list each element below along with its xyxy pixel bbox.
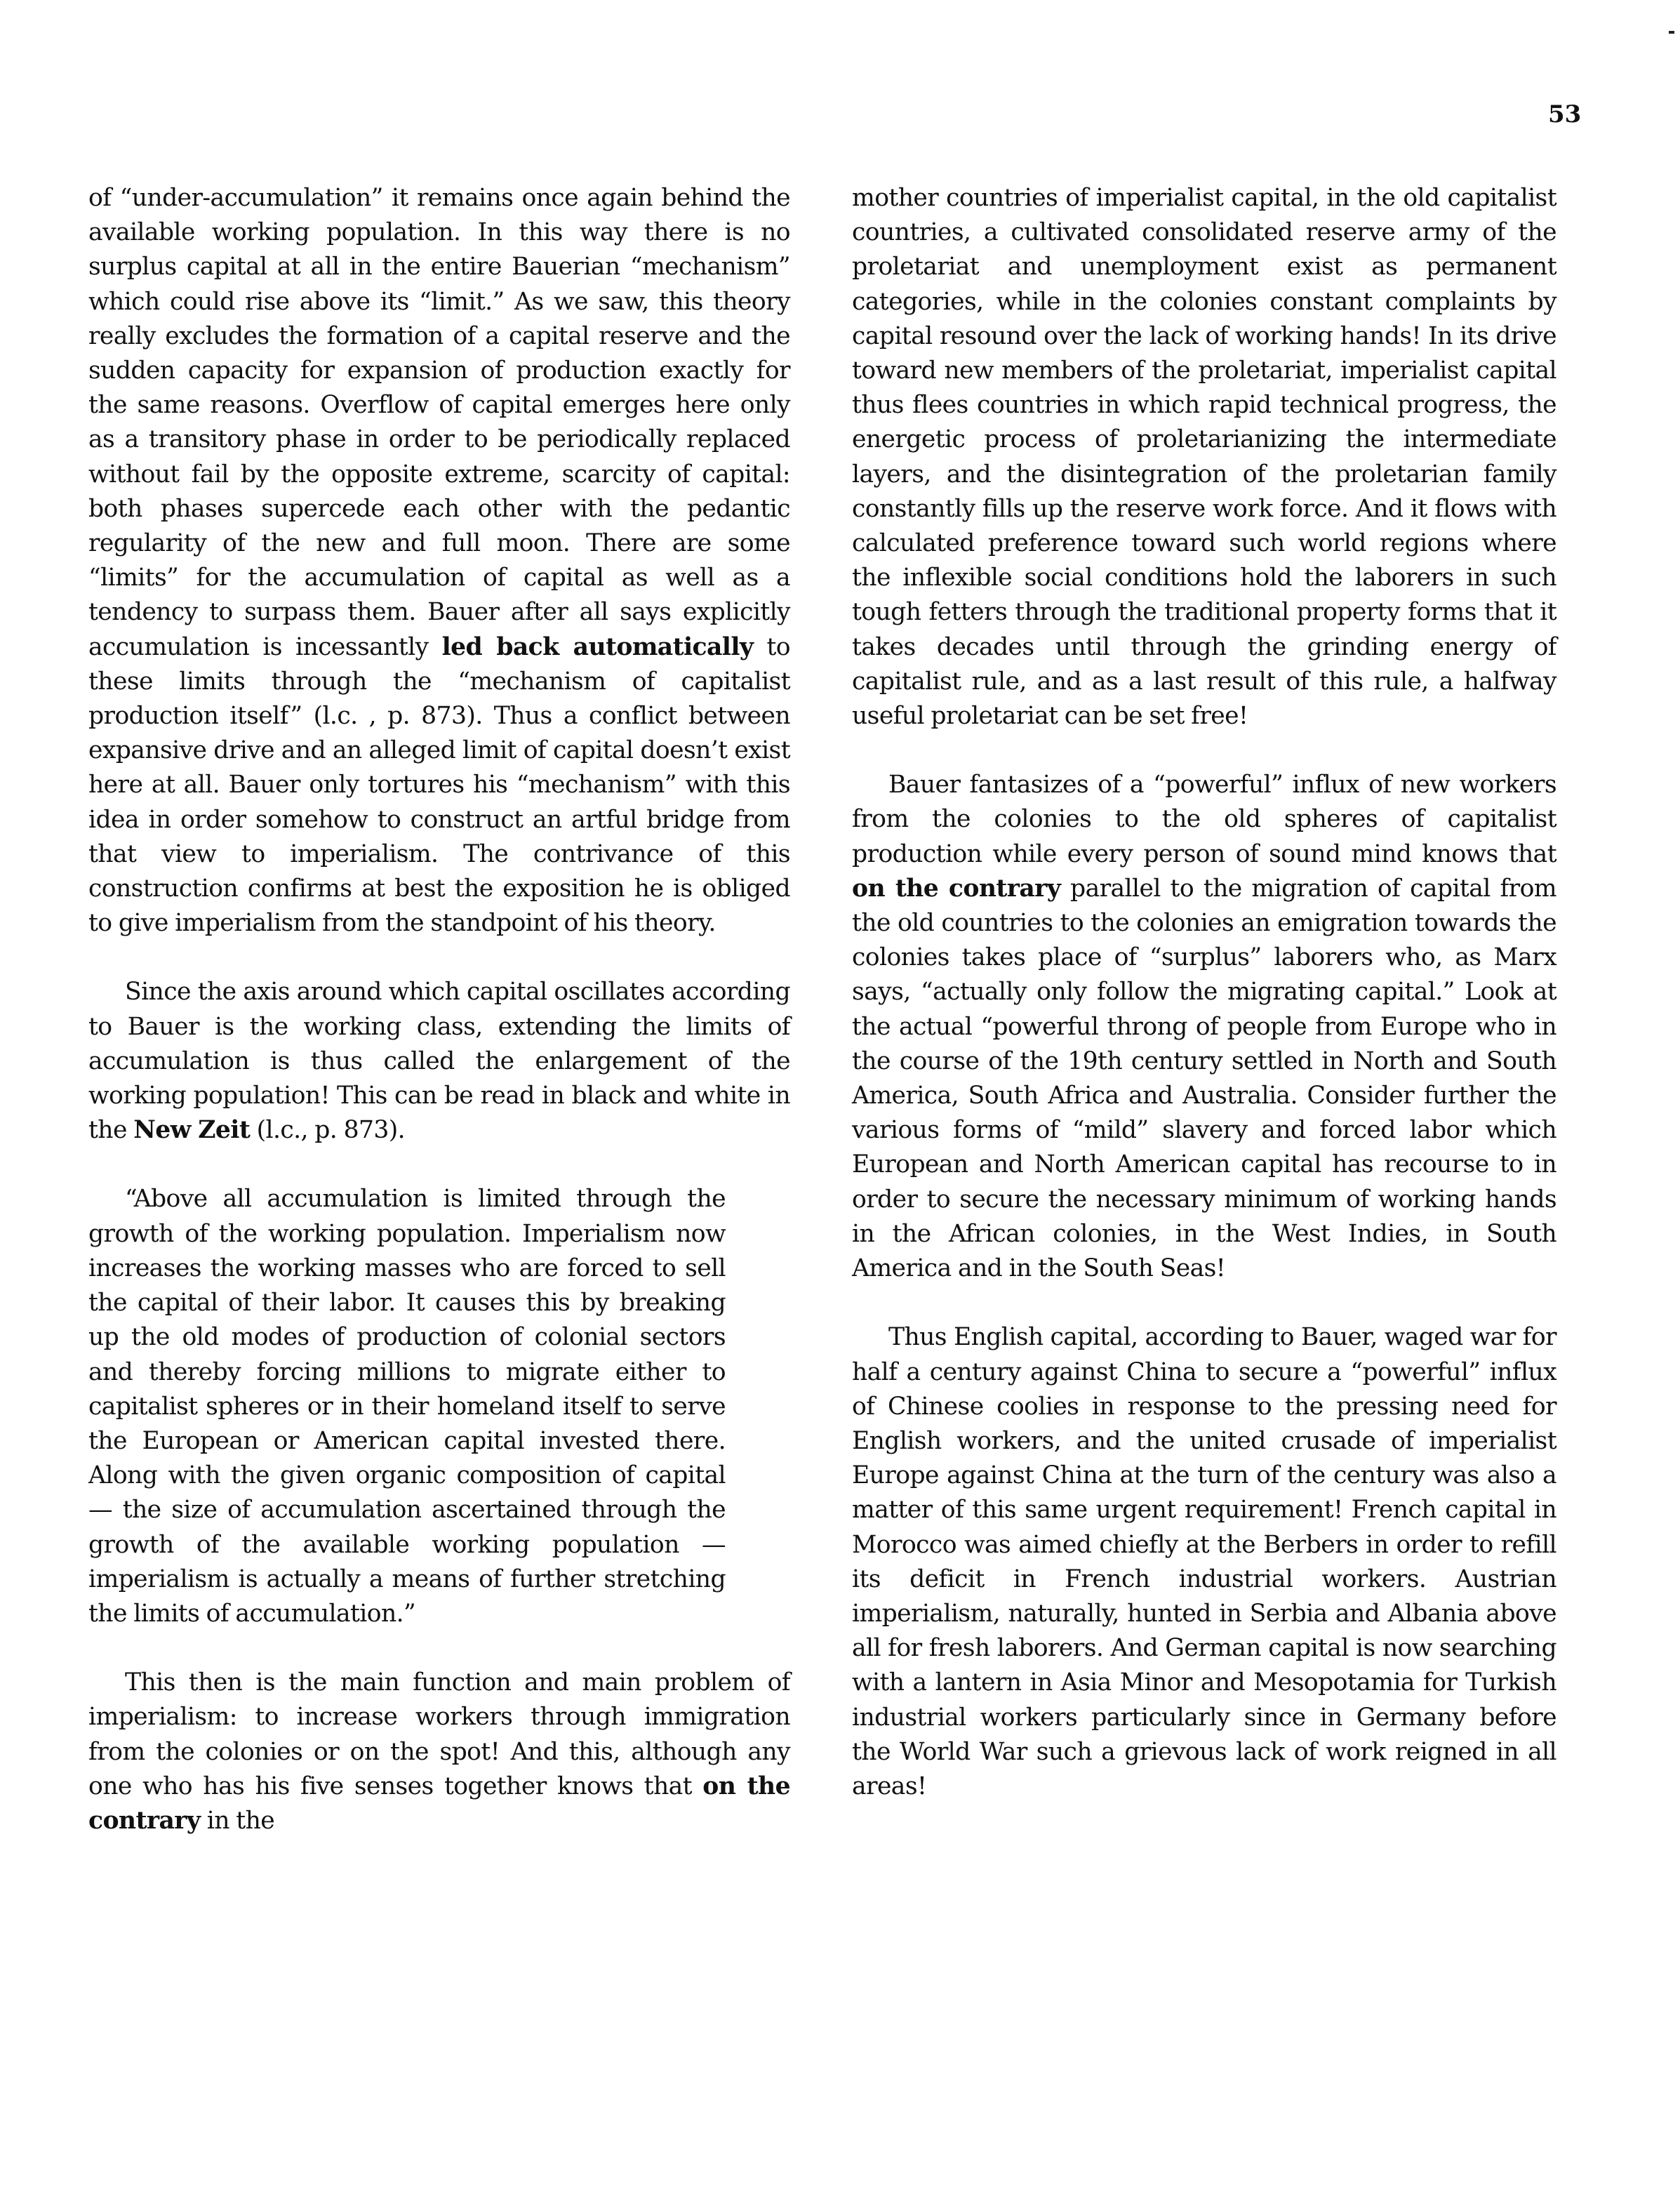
text-run: Bauer fantasizes of a “powerful” influx … xyxy=(852,771,1556,868)
page-number: 53 xyxy=(1548,100,1581,128)
text-run: (l.c., p. 873). xyxy=(250,1116,405,1144)
text-run: mother countries of imperialist capital,… xyxy=(852,184,1556,730)
emphasis-run: New Zeit xyxy=(133,1116,250,1144)
right-column: mother countries of imperialist capital,… xyxy=(852,181,1556,1804)
emphasis-run: led back automatically xyxy=(442,633,754,661)
document-page: 53 of “under-accumulation” it remains on… xyxy=(0,0,1680,2211)
paragraph: This then is the main function and main … xyxy=(88,1666,790,1838)
block-quote: “Above all accumulation is limited throu… xyxy=(88,1182,726,1631)
text-run: to these limits through the “mechanism o… xyxy=(88,633,790,938)
text-run: “Above all accumulation is limited throu… xyxy=(88,1185,726,1627)
scan-edge-mark xyxy=(1669,31,1674,34)
text-run: This then is the main function and main … xyxy=(88,1668,790,1800)
text-run: in the xyxy=(200,1807,274,1835)
paragraph-continued: of “under-accumulation” it remains once … xyxy=(88,181,790,941)
paragraph-continued: mother countries of imperialist capital,… xyxy=(852,181,1556,733)
text-run: of “under-accumulation” it remains once … xyxy=(88,184,790,661)
text-run: Thus English capital, according to Bauer… xyxy=(852,1323,1556,1800)
left-column: of “under-accumulation” it remains once … xyxy=(88,181,790,1838)
paragraph: Thus English capital, according to Bauer… xyxy=(852,1320,1556,1804)
emphasis-run: on the contrary xyxy=(852,875,1060,903)
text-run: parallel to the migration of capital fro… xyxy=(852,875,1556,1282)
paragraph: Since the axis around which capital osci… xyxy=(88,975,790,1148)
paragraph: Bauer fantasizes of a “powerful” influx … xyxy=(852,768,1556,1286)
